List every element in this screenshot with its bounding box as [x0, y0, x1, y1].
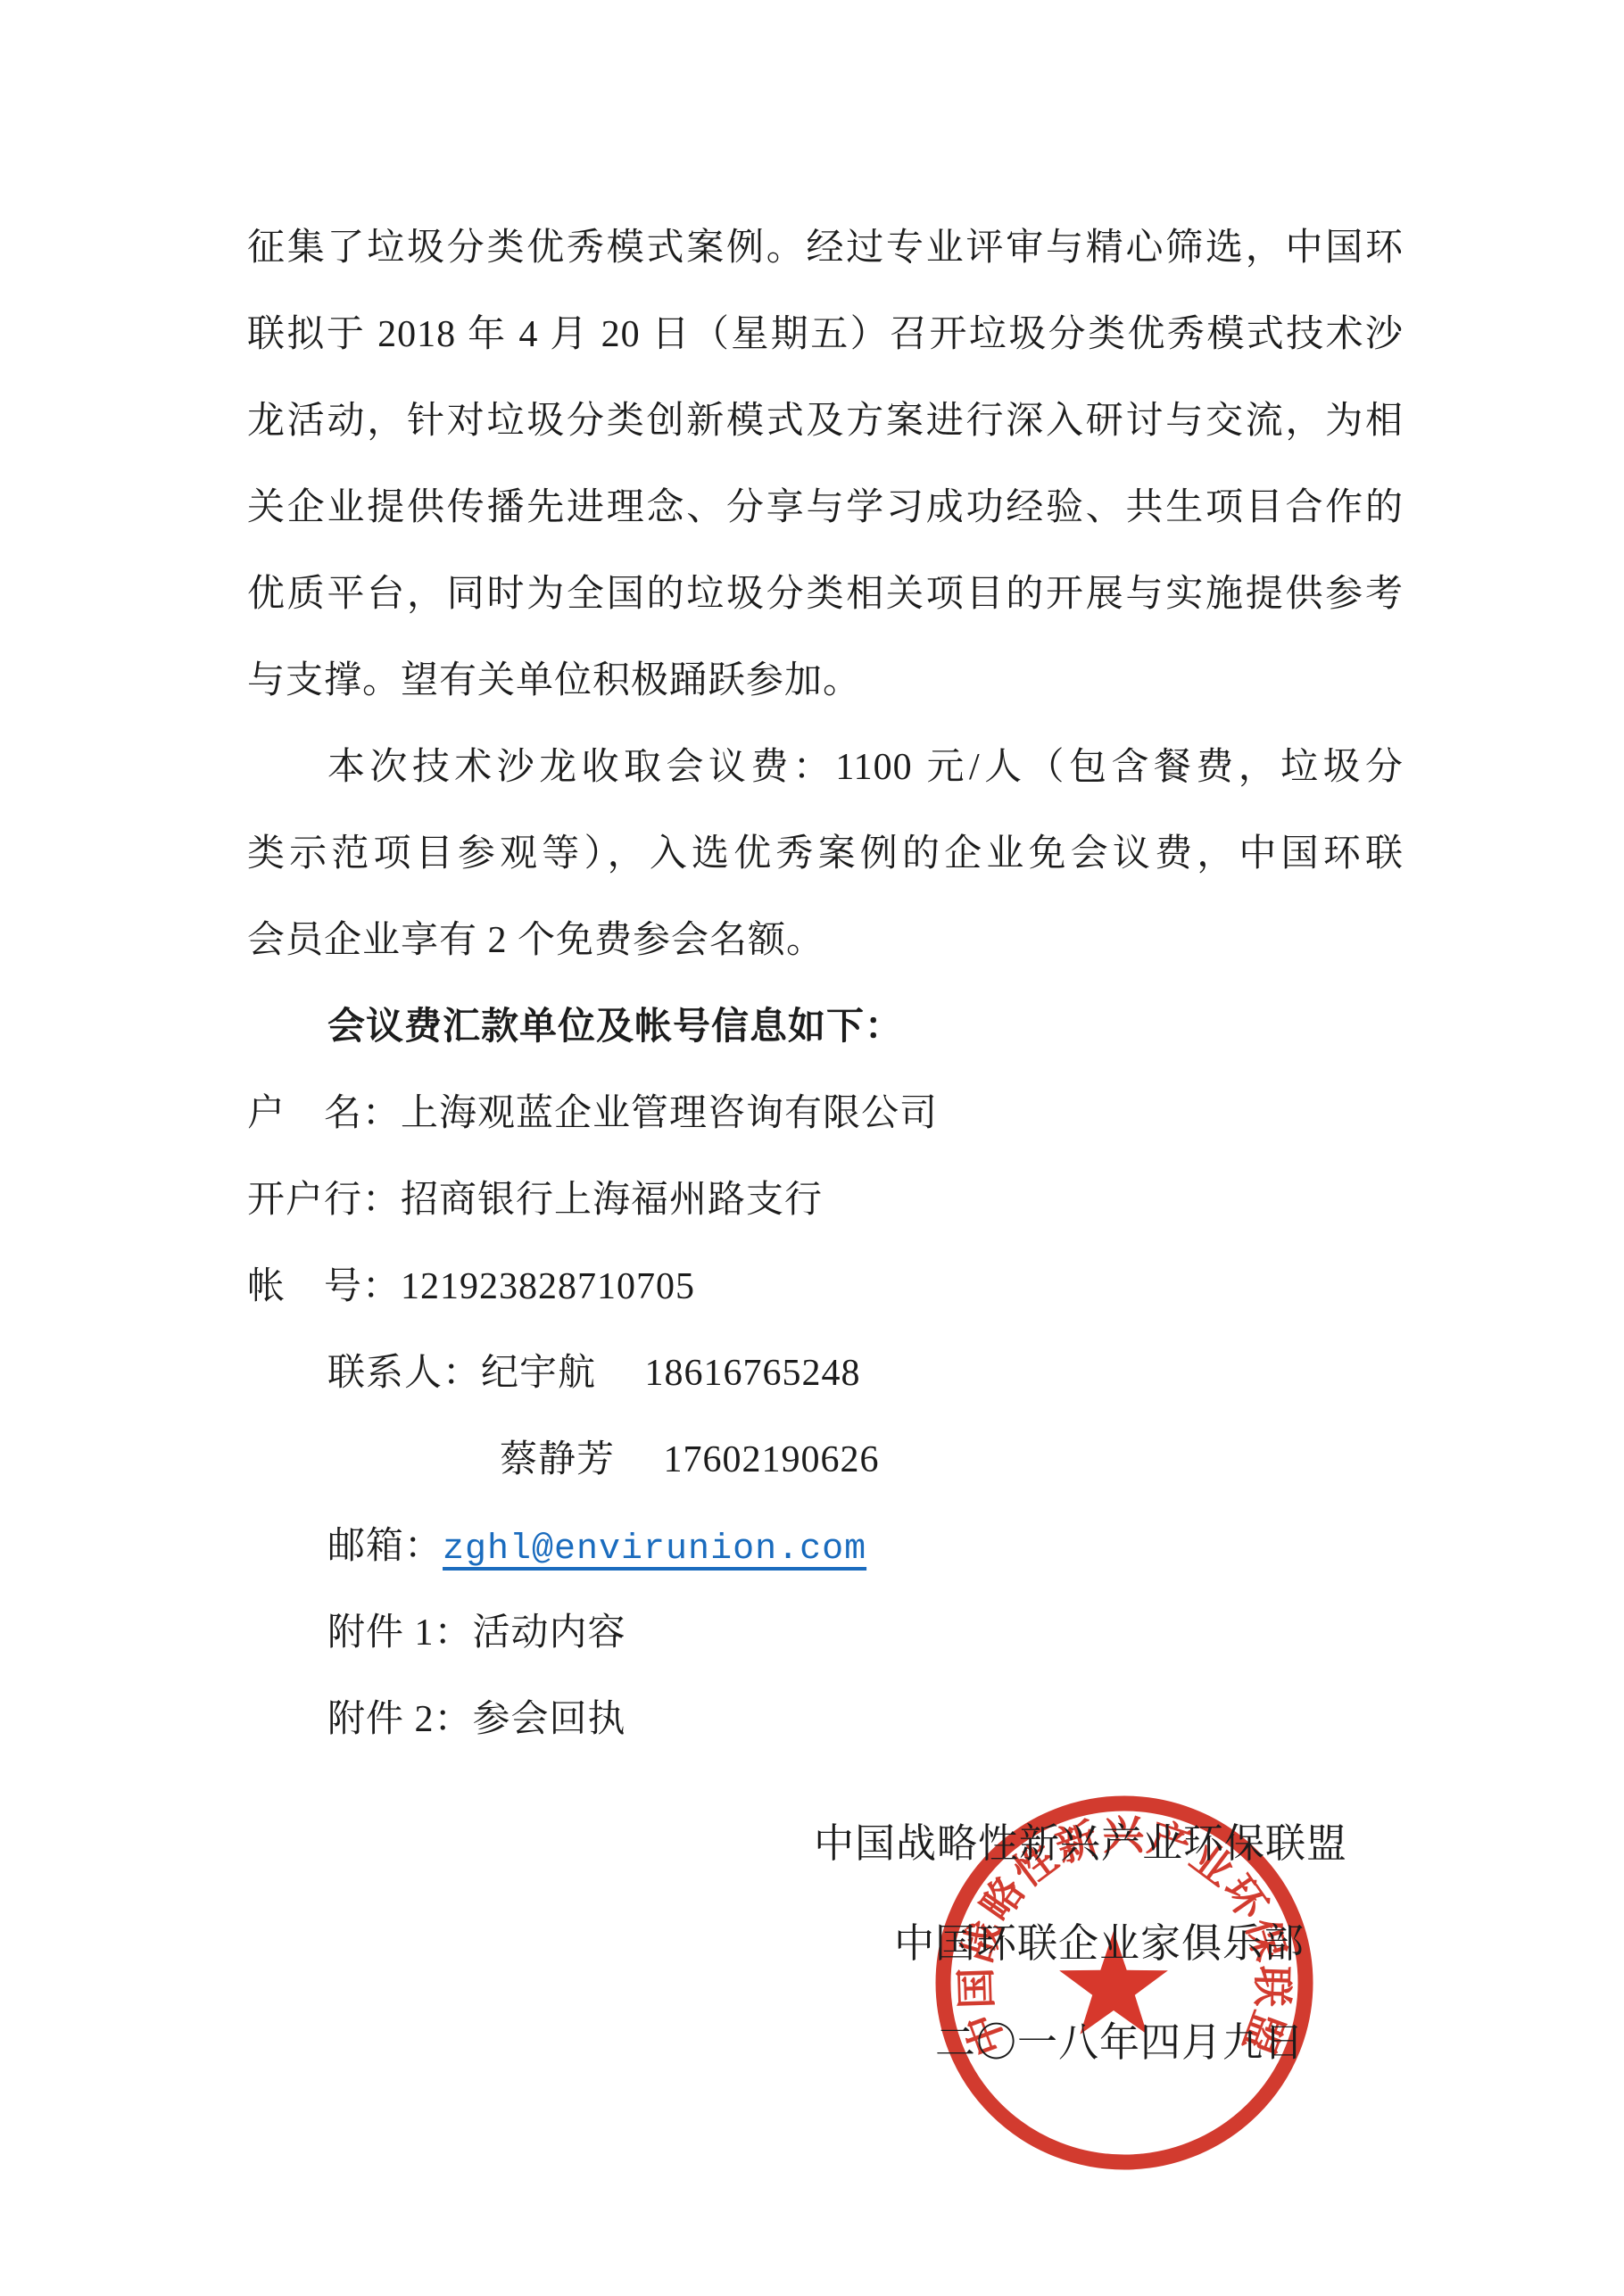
body-line-2: 联拟于 2018 年 4 月 20 日（星期五）召开垃圾分类优秀模式技术沙 — [247, 292, 1404, 378]
body-line-9: 会员企业享有 2 个免费参会名额。 — [247, 898, 1404, 984]
email-label: 邮箱： — [327, 1526, 443, 1567]
body-line-3: 龙活动，针对垃圾分类创新模式及方案进行深入研讨与交流，为相 — [247, 378, 1404, 465]
attachment-2-line: 附件 2：参会回执 — [327, 1677, 1404, 1763]
attachment-1-line: 附件 1：活动内容 — [327, 1590, 1404, 1677]
email-link[interactable]: zghl@envirunion.com — [443, 1529, 866, 1570]
document-body: 征集了垃圾分类优秀模式案例。经过专业评审与精心筛选，中国环 联拟于 2018 年… — [247, 205, 1404, 1763]
bank-branch-line: 开户行：招商银行上海福州路支行 — [247, 1157, 1404, 1244]
body-line-1: 征集了垃圾分类优秀模式案例。经过专业评审与精心筛选，中国环 — [247, 205, 1404, 292]
document-page: 征集了垃圾分类优秀模式案例。经过专业评审与精心筛选，中国环 联拟于 2018 年… — [0, 0, 1624, 2296]
body-line-8: 类示范项目参观等），入选优秀案例的企业免会议费，中国环联 — [247, 811, 1404, 898]
account-number-line: 帐 号：121923828710705 — [247, 1244, 1404, 1330]
contact-person-line-1: 联系人：纪宇航 18616765248 — [327, 1330, 1404, 1417]
account-name-line: 户 名：上海观蓝企业管理咨询有限公司 — [247, 1071, 1404, 1157]
signature-org-1: 中国战略性新兴产业环保联盟 — [814, 1815, 1347, 1872]
signature-date: 二〇一八年四月九日 — [935, 2014, 1305, 2071]
remittance-heading: 会议费汇款单位及帐号信息如下： — [327, 984, 1404, 1071]
body-line-4: 关企业提供传播先进理念、分享与学习成功经验、共生项目合作的 — [247, 465, 1404, 551]
signature-org-2: 中国环联企业家俱乐部 — [894, 1915, 1305, 1972]
contact-person-line-2: 蔡静芳 17602190626 — [500, 1417, 1404, 1504]
email-line: 邮箱：zghl@envirunion.com — [327, 1504, 1404, 1590]
body-line-5: 优质平台，同时为全国的垃圾分类相关项目的开展与实施提供参考 — [247, 551, 1404, 638]
body-line-7: 本次技术沙龙收取会议费：1100 元/人（包含餐费，垃圾分 — [247, 725, 1404, 811]
body-line-6: 与支撑。望有关单位积极踊跃参加。 — [247, 638, 1404, 725]
